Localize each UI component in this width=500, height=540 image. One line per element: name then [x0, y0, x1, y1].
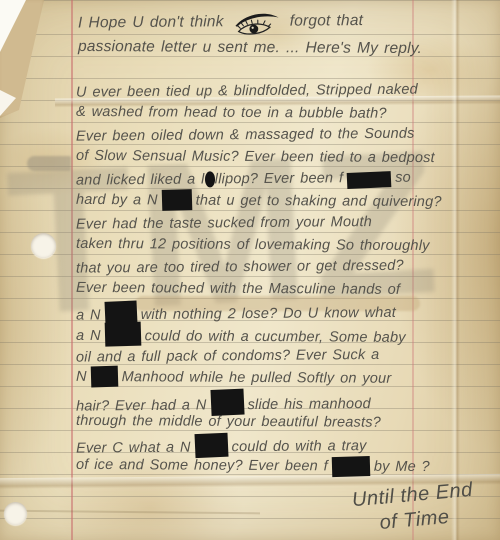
handwritten-line: taken thru 12 positions of lovemaking So…: [76, 233, 442, 257]
handwritten-line: through the middle of your beautiful bre…: [76, 410, 442, 434]
handwritten-line: Ever been oiled down & massaged to the S…: [76, 122, 442, 147]
handwritten-line: & washed from head to toe in a bubble ba…: [76, 101, 442, 125]
handwritten-text: taken thru 12 positions of lovemaking So…: [76, 236, 430, 254]
handwritten-line: hair? Ever had a Nslide his manhood: [76, 387, 442, 412]
gray-smudge: [27, 156, 71, 171]
handwritten-text: could do with a cucumber, Some baby: [145, 328, 406, 346]
redaction-box: [161, 189, 192, 211]
letter-header: I Hope U don't think forgot thatpassiona…: [78, 9, 422, 61]
handwritten-text: through the middle of your beautiful bre…: [76, 413, 381, 431]
handwritten-line: Ever C what a Ncould do with a tray: [76, 431, 442, 456]
handwritten-text: I Hope U don't think: [78, 13, 230, 31]
redaction-box: [347, 171, 392, 189]
handwritten-line: a Nwith nothing 2 lose? Do U know what: [76, 299, 442, 324]
letter-body: U ever been tied up & blindfolded, Strip…: [76, 80, 442, 477]
handwritten-text: N: [76, 368, 87, 384]
handwritten-text: of ice and Some honey? Ever been f: [76, 457, 328, 475]
handwritten-text: could do with a tray: [232, 438, 367, 455]
handwritten-line: Ever had the taste sucked from your Mout…: [76, 211, 442, 236]
handwritten-line: U ever been tied up & blindfolded, Strip…: [76, 78, 442, 103]
handwritten-line: a Ncould do with a cucumber, Some baby: [76, 321, 442, 345]
handwritten-text: and licked liked a l: [76, 172, 205, 189]
handwritten-text: with nothing 2 lose? Do U know what: [141, 305, 396, 323]
handwritten-text: Manhood while he pulled Softly on your: [122, 369, 392, 387]
handwritten-text: U ever been tied up & blindfolded, Strip…: [76, 82, 418, 101]
handwritten-line: hard by a Nthat u get to shaking and qui…: [76, 189, 442, 213]
handwritten-line: passionate letter u sent me. ... Here's …: [78, 34, 422, 62]
left-margin-line: [71, 0, 73, 540]
redaction-box: [90, 365, 118, 387]
handwritten-text: oil and a full pack of condoms? Ever Suc…: [76, 347, 380, 366]
handwritten-text: by Me ?: [374, 458, 430, 474]
handwritten-text: Ever had the taste sucked from your Mout…: [76, 214, 372, 233]
handwritten-line: NManhood while he pulled Softly on your: [76, 365, 442, 389]
hole-punch: [4, 502, 27, 525]
handwritten-text: passionate letter u sent me. ... Here's …: [78, 38, 422, 57]
handwritten-line: of Slow Sensual Music? Ever been tied to…: [76, 145, 442, 169]
handwritten-text: that u get to shaking and quivering?: [196, 193, 442, 211]
handwritten-text: Ever been oiled down & massaged to the S…: [76, 126, 415, 145]
handwritten-text: llipop? Ever been f: [215, 170, 344, 187]
handwritten-line: and licked liked a lollipop? Ever been f…: [76, 167, 442, 192]
letter-photo: TMZ I Hope U don't think forgot thatpass…: [0, 0, 500, 540]
handwritten-line: I Hope U don't think forgot that: [78, 7, 422, 36]
handwritten-text: so: [395, 170, 411, 186]
handwritten-text: hard by a N: [76, 192, 158, 208]
handwritten-line: oil and a full pack of condoms? Ever Suc…: [76, 343, 442, 368]
filled-letter: o: [204, 172, 214, 188]
redaction-box: [104, 321, 141, 346]
handwritten-text: a N: [76, 327, 101, 343]
handwritten-text: forgot that: [284, 12, 364, 30]
handwritten-text: Ever been touched with the Masculine han…: [76, 280, 400, 298]
redaction-box: [332, 456, 371, 477]
hole-punch: [31, 233, 56, 258]
handwritten-text: & washed from head to toe in a bubble ba…: [76, 104, 387, 122]
signature-block: Until the End of Time: [351, 478, 476, 538]
handwritten-line: of ice and Some honey? Ever been fby Me …: [76, 454, 442, 478]
handwritten-text: of Slow Sensual Music? Ever been tied to…: [76, 148, 435, 166]
handwritten-text: that you are too tired to shower or get …: [76, 258, 404, 277]
